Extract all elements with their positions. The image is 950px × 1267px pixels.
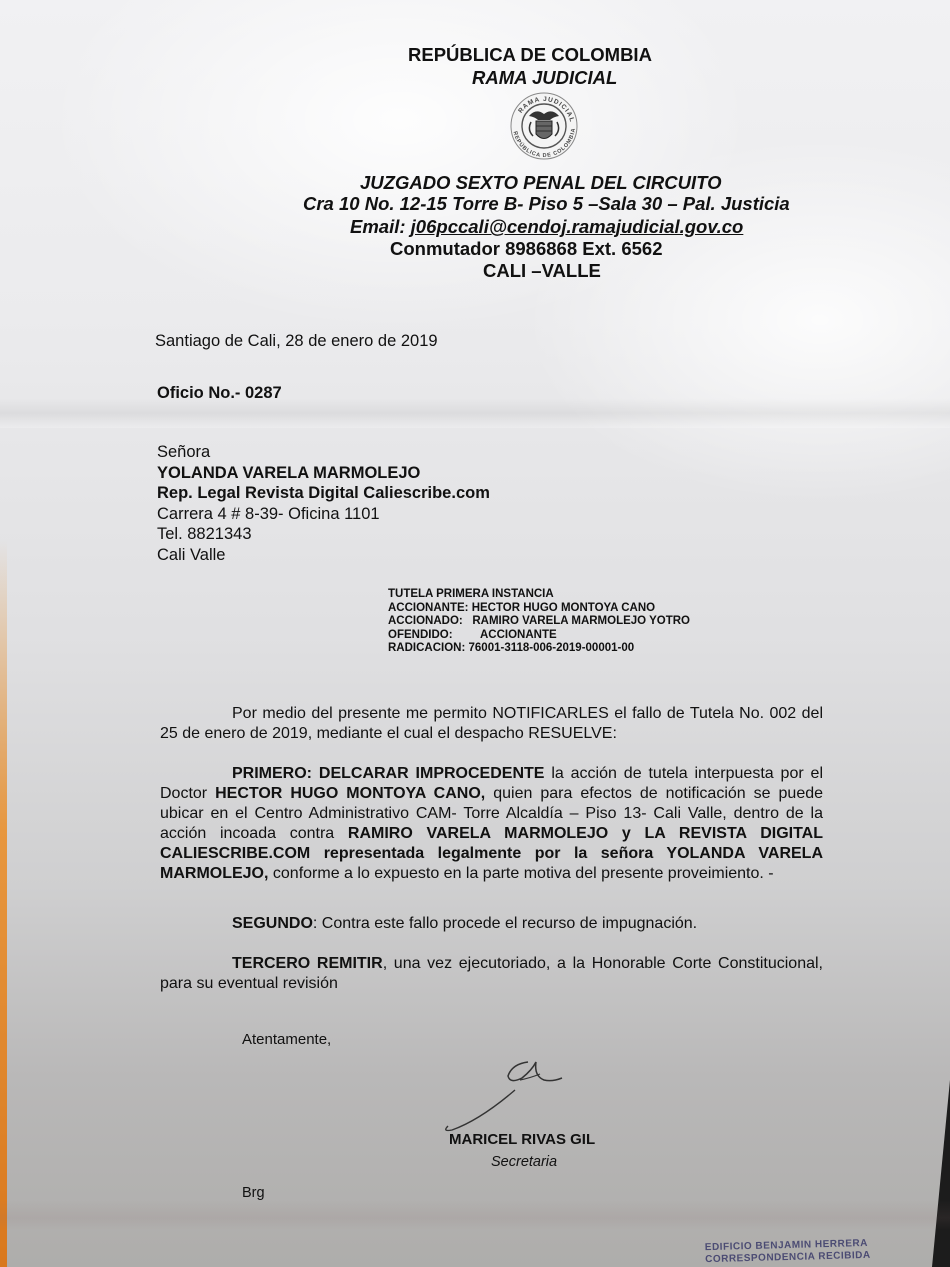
primero-paragraph: PRIMERO: DELCARAR IMPROCEDENTE la acción…: [160, 764, 823, 884]
case-label: OFENDIDO:: [388, 629, 480, 643]
segundo-text: : Contra este fallo procede el recurso d…: [313, 915, 697, 932]
letterhead-country: REPÚBLICA DE COLOMBIA: [408, 44, 652, 65]
case-row: OFENDIDO:ACCIONANTE: [388, 629, 690, 643]
paper-fold: [0, 398, 950, 428]
page-corner-shadow: [932, 1080, 950, 1267]
primero-plaintiff: HECTOR HUGO MONTOYA CANO,: [215, 785, 485, 802]
case-label: ACCIONANTE:: [388, 602, 469, 614]
segundo-lead: SEGUNDO: [232, 915, 313, 932]
addressee-city: Cali Valle: [157, 545, 490, 566]
page-edge-left: [0, 540, 7, 1267]
addressee-salutation: Señora: [157, 442, 490, 463]
case-value: ACCIONANTE: [480, 629, 557, 641]
case-title: TUTELA PRIMERA INSTANCIA: [388, 588, 690, 602]
typist-initials: Brg: [242, 1185, 265, 1201]
signer-name: MARICEL RIVAS GIL: [449, 1131, 595, 1148]
signer-role: Secretaria: [491, 1154, 557, 1170]
court-name: JUZGADO SEXTO PENAL DEL CIRCUITO: [360, 172, 722, 193]
court-city: CALI –VALLE: [483, 260, 601, 281]
paper-fold: [0, 1200, 950, 1230]
addressee-block: Señora YOLANDA VARELA MARMOLEJO Rep. Leg…: [157, 442, 490, 565]
handwritten-signature-icon: [440, 1050, 570, 1135]
intro-paragraph: Por medio del presente me permito NOTIFI…: [160, 704, 823, 744]
primero-lead: PRIMERO: DELCARAR IMPROCEDENTE: [232, 765, 544, 782]
case-row: ACCIONANTE: HECTOR HUGO MONTOYA CANO: [388, 602, 690, 616]
addressee-name: YOLANDA VARELA MARMOLEJO: [157, 463, 490, 484]
addressee-role: Rep. Legal Revista Digital Caliescribe.c…: [157, 483, 490, 504]
case-label: ACCIONADO:: [388, 615, 463, 627]
letter-date: Santiago de Cali, 28 de enero de 2019: [155, 331, 438, 351]
case-reference: TUTELA PRIMERA INSTANCIA ACCIONANTE: HEC…: [388, 588, 690, 656]
court-email-line: Email: j06pccali@cendoj.ramajudicial.gov…: [350, 216, 743, 237]
case-value: 76001-3118-006-2019-00001-00: [469, 642, 635, 654]
reception-stamp: EDIFICIO BENJAMIN HERRERA CORRESPONDENCI…: [705, 1238, 871, 1266]
case-value: RAMIRO VARELA MARMOLEJO YOTRO: [472, 615, 690, 627]
tercero-paragraph: TERCERO REMITIR, una vez ejecutoriado, a…: [160, 954, 823, 994]
segundo-paragraph: SEGUNDO: Contra este fallo procede el re…: [160, 914, 823, 934]
addressee-address: Carrera 4 # 8-39- Oficina 1101: [157, 504, 490, 525]
case-label: RADICACION:: [388, 642, 465, 654]
email-link[interactable]: j06pccali@cendoj.ramajudicial.gov.co: [411, 216, 744, 237]
oficio-number: Oficio No.- 0287: [157, 383, 282, 403]
court-address: Cra 10 No. 12-15 Torre B- Piso 5 –Sala 3…: [303, 193, 790, 214]
case-row: ACCIONADO: RAMIRO VARELA MARMOLEJO YOTRO: [388, 615, 690, 629]
closing: Atentamente,: [242, 1031, 331, 1048]
email-label: Email:: [350, 216, 411, 237]
tercero-lead: TERCERO REMITIR: [232, 955, 383, 972]
coat-of-arms-seal-icon: RAMA JUDICIAL REPÚBLICA DE COLOMBIA: [503, 90, 585, 162]
letterhead-branch: RAMA JUDICIAL: [472, 67, 617, 88]
addressee-phone: Tel. 8821343: [157, 524, 490, 545]
case-row: RADICACION: 76001-3118-006-2019-00001-00: [388, 642, 690, 656]
primero-text: conforme a lo expuesto en la parte motiv…: [268, 865, 773, 882]
court-phone: Conmutador 8986868 Ext. 6562: [390, 238, 663, 259]
case-value: HECTOR HUGO MONTOYA CANO: [472, 602, 655, 614]
